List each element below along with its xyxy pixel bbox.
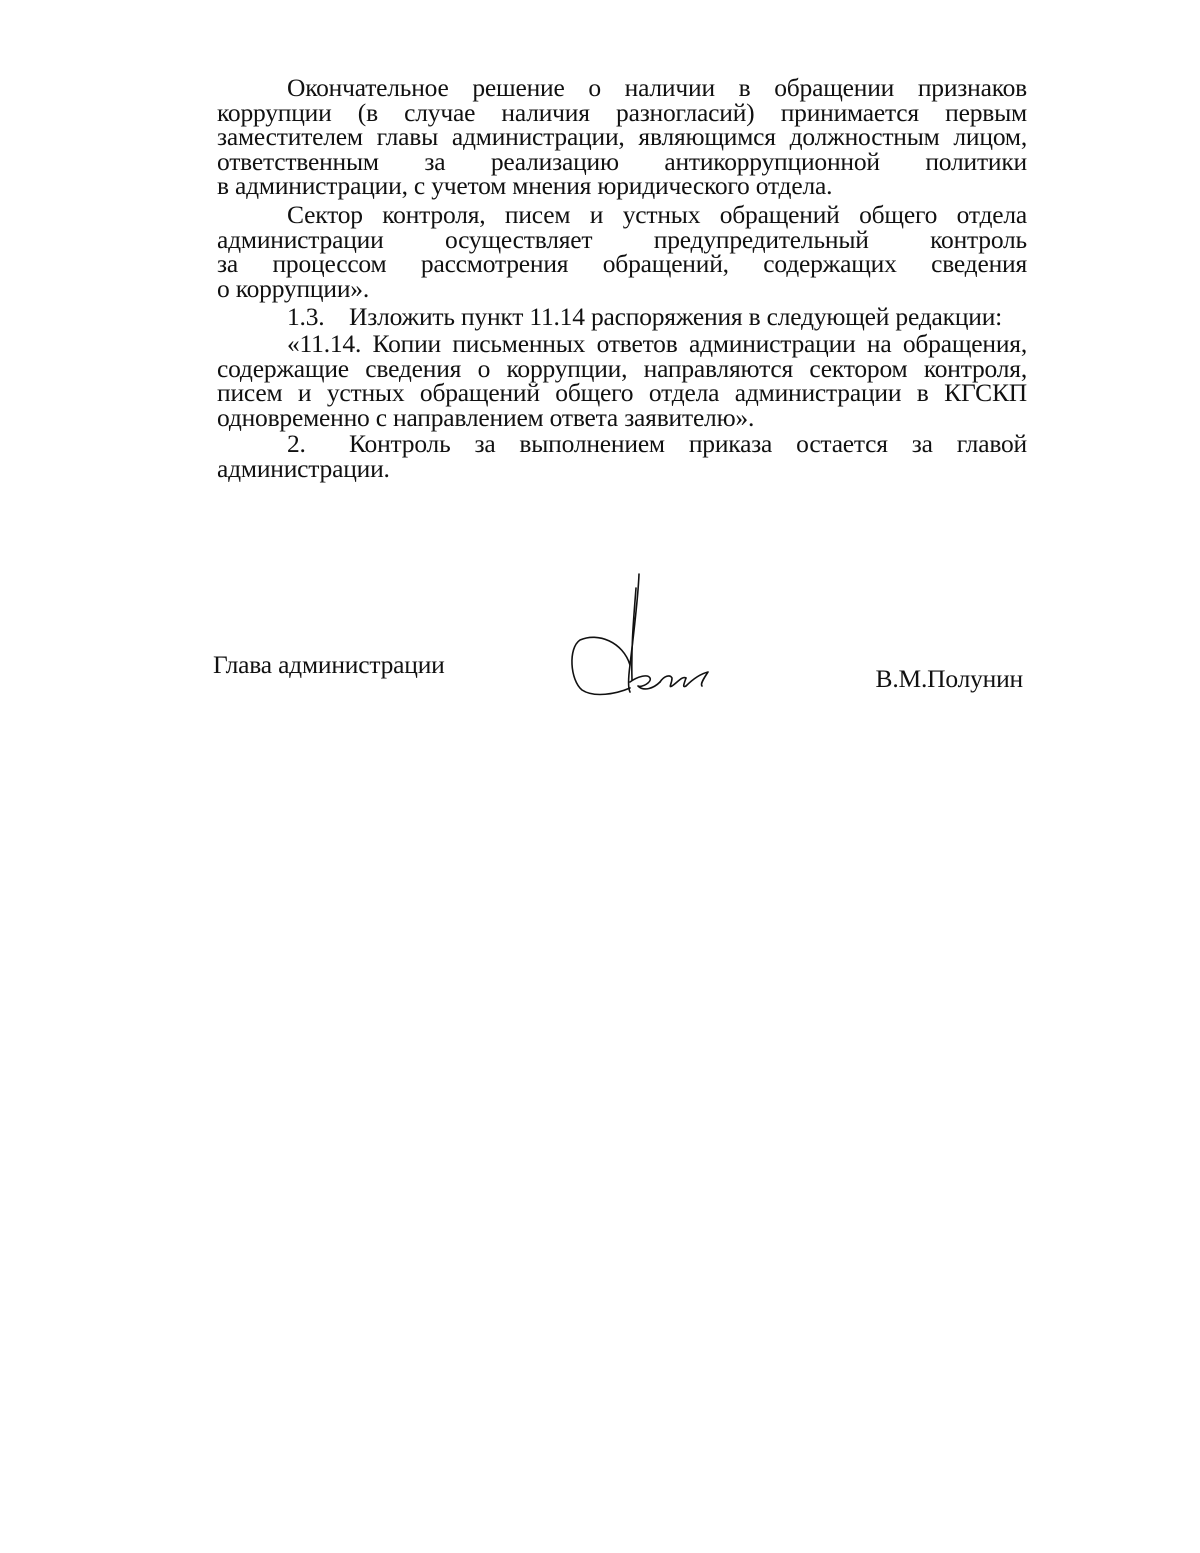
text-line: одновременно с направлением ответа заяви… [217,406,1027,431]
paragraph-item-1-3: 1.3.Изложить пункт 11.14 распоряжения в … [217,305,1027,330]
text-line: «11.14. Копии письменных ответов админис… [217,332,1027,357]
signature-block: Глава администрации В.М.Полунин [213,570,1023,710]
text-line: в администрации, с учетом мнения юридиче… [217,174,1027,199]
signatory-title: Глава администрации [213,650,445,680]
text-line: Сектор контроля, писем и устных обращени… [217,203,1027,228]
text-line: 1.3.Изложить пункт 11.14 распоряжения в … [217,305,1027,330]
item-number: 1.3. [287,305,349,330]
item-text: Контроль за выполнением приказа остается… [349,429,1027,458]
handwritten-signature-icon [568,570,738,705]
paragraph-final-decision: Окончательное решение о наличии в обраще… [217,76,1027,199]
paragraph-control-sector: Сектор контроля, писем и устных обращени… [217,203,1027,301]
paragraph-item-11-14: «11.14. Копии письменных ответов админис… [217,332,1027,430]
item-text: Изложить пункт 11.14 распоряжения в след… [349,302,1002,331]
signatory-name: В.М.Полунин [876,664,1023,694]
document-body: Окончательное решение о наличии в обраще… [217,76,1027,482]
paragraph-item-2: 2.Контроль за выполнением приказа остает… [217,432,1027,481]
text-line: Окончательное решение о наличии в обраще… [217,76,1027,101]
text-line: о коррупции». [217,277,1027,302]
document-page: Окончательное решение о наличии в обраще… [0,0,1200,1553]
text-line: администрации. [217,457,1027,482]
